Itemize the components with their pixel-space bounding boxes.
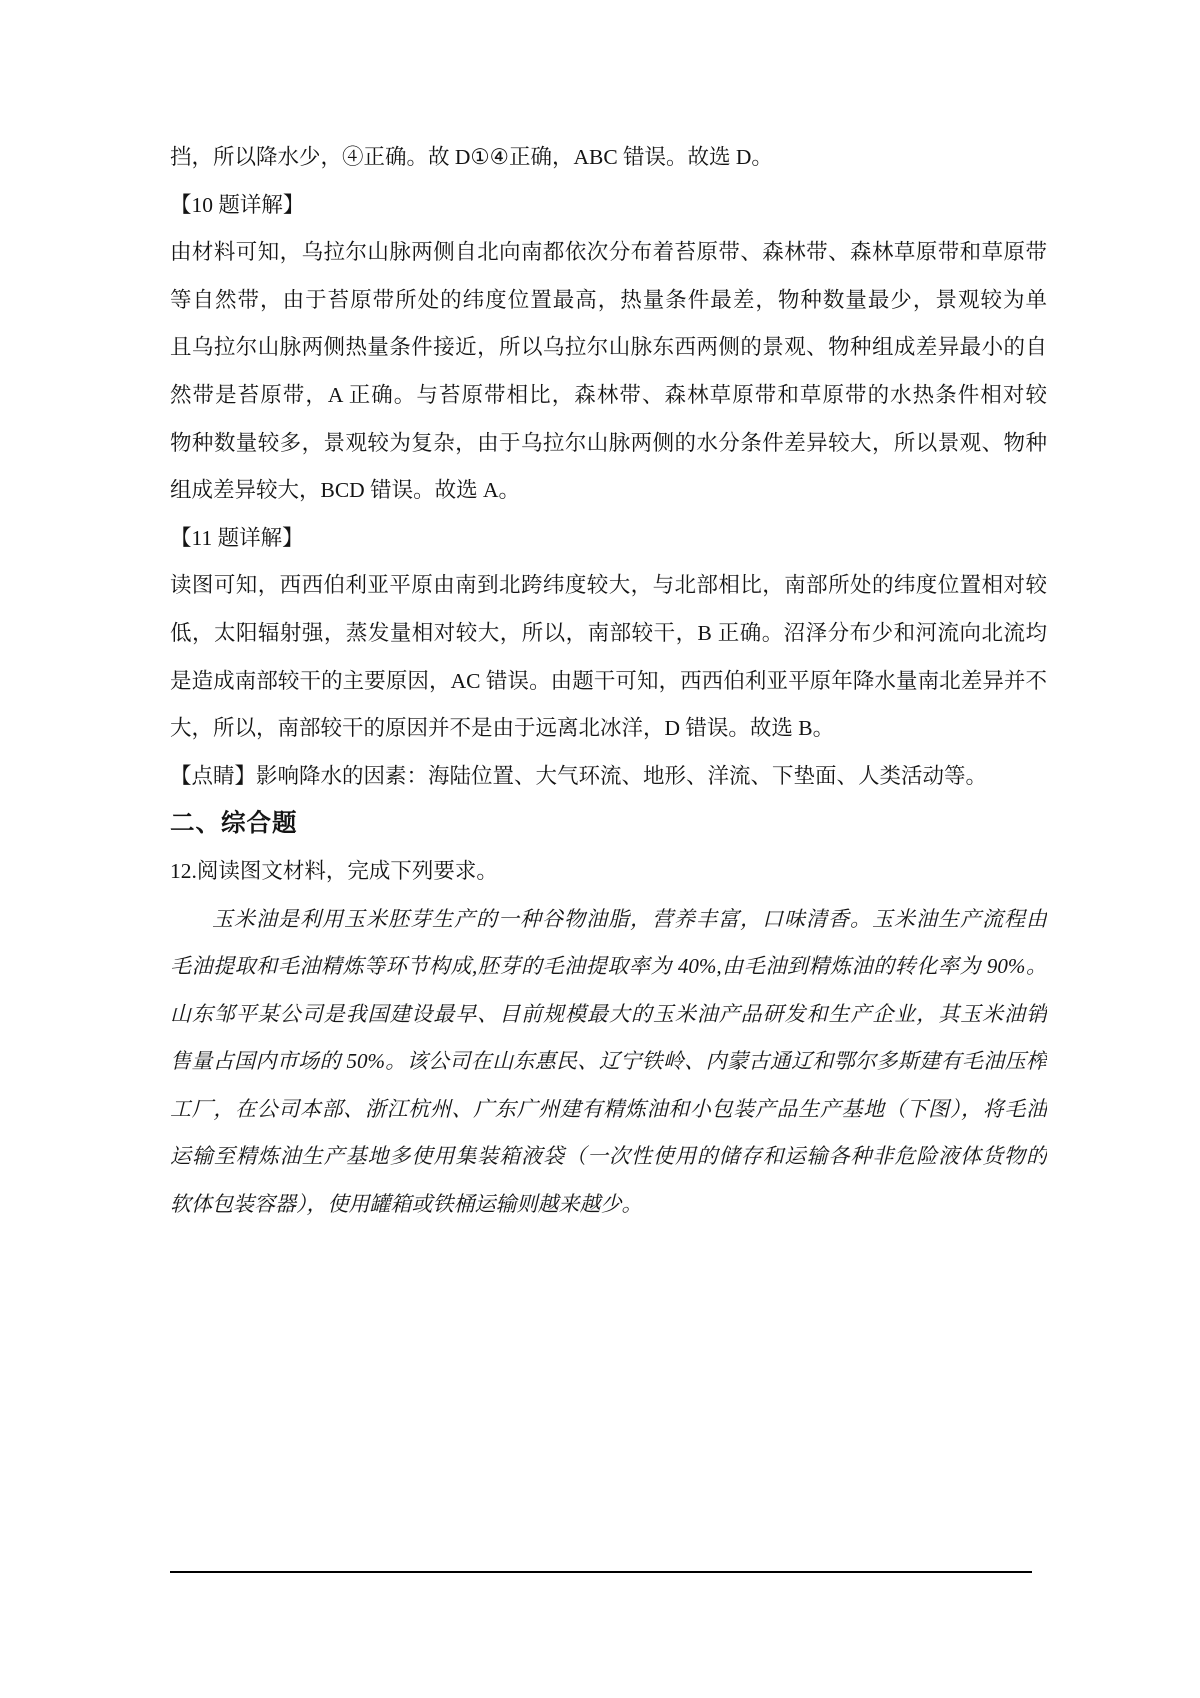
key-note-line: 【点睛】影响降水的因素：海陆位置、大气环流、地形、洋流、下垫面、人类活动等。 <box>170 753 1047 801</box>
detail-heading-11: 【11 题详解】 <box>170 515 1047 563</box>
material-line-2: 毛油提取和毛油精炼等环节构成,胚芽的毛油提取率为 40%,由毛油到精炼油的转化率… <box>170 943 1047 991</box>
answer-11-line-2: 低，太阳辐射强，蒸发量相对较大，所以，南部较干，B 正确。沼泽分布少和河流向北流… <box>170 610 1047 658</box>
answer-11-line-4: 大，所以，南部较干的原因并不是由于远离北冰洋，D 错误。故选 B。 <box>170 705 1047 753</box>
detail-heading-10: 【10 题详解】 <box>170 182 1047 230</box>
material-line-4: 售量占国内市场的 50%。该公司在山东惠民、辽宁铁岭、内蒙古通辽和鄂尔多斯建有毛… <box>170 1038 1047 1086</box>
answer-11-line-3: 是造成南部较干的主要原因，AC 错误。由题干可知，西西伯利亚平原年降水量南北差异… <box>170 658 1047 706</box>
material-line-3: 山东邹平某公司是我国建设最早、目前规模最大的玉米油产品研发和生产企业，其玉米油销 <box>170 991 1047 1039</box>
answer-10-line-2: 等自然带，由于苔原带所处的纬度位置最高，热量条件最差，物种数量最少，景观较为单一… <box>170 277 1047 325</box>
question-12-intro: 12.阅读图文材料，完成下列要求。 <box>170 848 1047 896</box>
material-line-1: 玉米油是利用玉米胚芽生产的一种谷物油脂，营养丰富，口味清香。玉米油生产流程由 <box>170 896 1047 944</box>
answer-9-tail-line: 挡，所以降水少，④正确。故 D①④正确，ABC 错误。故选 D。 <box>170 134 1047 182</box>
document-page: 挡，所以降水少，④正确。故 D①④正确，ABC 错误。故选 D。【10 题详解】… <box>0 0 1200 1698</box>
section-heading: 二、综合题 <box>170 800 1047 848</box>
material-line-6: 运输至精炼油生产基地多使用集装箱液袋（一次性使用的储存和运输各种非危险液体货物的 <box>170 1133 1047 1181</box>
document-content: 挡，所以降水少，④正确。故 D①④正确，ABC 错误。故选 D。【10 题详解】… <box>170 134 1047 1229</box>
footer-divider-line <box>170 1571 1032 1573</box>
answer-10-line-5: 物种数量较多，景观较为复杂，由于乌拉尔山脉两侧的水分条件差异较大，所以景观、物种 <box>170 420 1047 468</box>
answer-10-line-6: 组成差异较大，BCD 错误。故选 A。 <box>170 467 1047 515</box>
answer-10-line-4: 然带是苔原带，A 正确。与苔原带相比，森林带、森林草原带和草原带的水热条件相对较… <box>170 372 1047 420</box>
material-line-7: 软体包装容器），使用罐箱或铁桶运输则越来越少。 <box>170 1181 1047 1229</box>
material-line-5: 工厂，在公司本部、浙江杭州、广东广州建有精炼油和小包装产品生产基地（下图），将毛… <box>170 1086 1047 1134</box>
answer-11-line-1: 读图可知，西西伯利亚平原由南到北跨纬度较大，与北部相比，南部所处的纬度位置相对较 <box>170 562 1047 610</box>
answer-10-line-3: 且乌拉尔山脉两侧热量条件接近，所以乌拉尔山脉东西两侧的景观、物种组成差异最小的自 <box>170 324 1047 372</box>
answer-10-line-1: 由材料可知，乌拉尔山脉两侧自北向南都依次分布着苔原带、森林带、森林草原带和草原带 <box>170 229 1047 277</box>
